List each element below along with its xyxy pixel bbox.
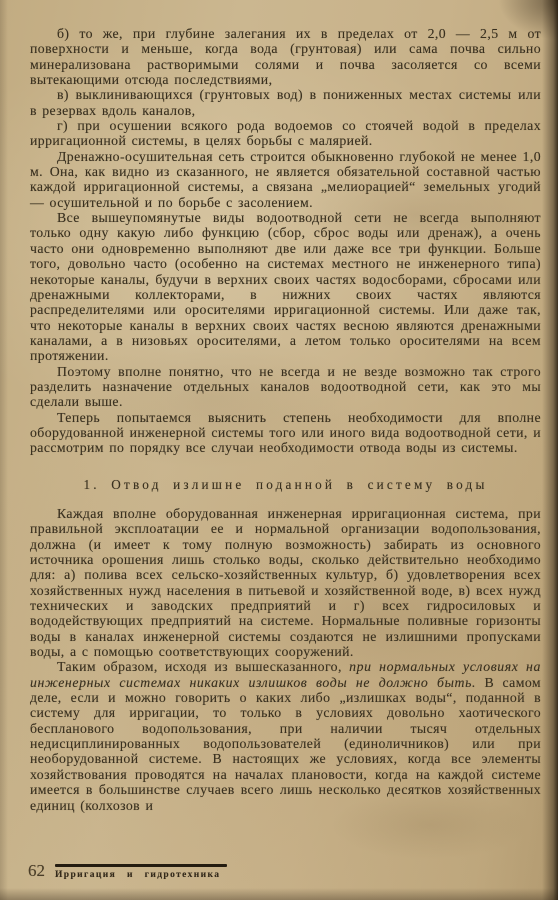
paragraph-drainage: Дренажно-осушительная сеть строится обык… <box>30 149 541 210</box>
scan-edge-bottom <box>0 888 558 900</box>
section-heading: 1. Отвод излишне поданной в систему воды <box>30 477 541 492</box>
paragraph-takim: Таким образом, исходя из вышесказанного,… <box>30 659 541 812</box>
page-footer: 62 Ирригация и гидротехника <box>28 858 227 880</box>
paragraph-teper: Теперь попытаемся выяснить степень необх… <box>30 410 541 456</box>
paragraph-functions: Все вышеупомянутые виды водоотводной сет… <box>30 210 541 363</box>
scan-edge-right <box>542 0 558 900</box>
paragraph-poetomu: Поэтому вполне понятно, что не всегда и … <box>30 364 541 410</box>
signature-block: Ирригация и гидротехника <box>55 858 227 880</box>
page-text-block: б) то же, при глубине залегания их в пре… <box>30 26 541 813</box>
paragraph-item-v: в) выклинивающихся (грунтовых вод) в пон… <box>30 87 541 118</box>
paragraph-kazhdaya: Каждая вполне оборудованная инженерная и… <box>30 506 541 659</box>
scan-edge-left <box>0 0 8 900</box>
scan-edge-corner <box>498 0 558 40</box>
paragraph-item-b: б) то же, при глубине залегания их в пре… <box>30 26 541 87</box>
paragraph-item-g: г) при осушении всякого рода водоемов со… <box>30 118 541 149</box>
takim-rest: В самом деле, если и можно говорить о ка… <box>30 675 541 813</box>
footer-rule <box>55 864 227 867</box>
page-number: 62 <box>28 858 45 879</box>
book-page: б) то же, при глубине залегания их в пре… <box>0 0 558 900</box>
takim-lead: Таким образом, исходя из вышесказанного, <box>57 659 349 674</box>
running-title: Ирригация и гидротехника <box>55 870 227 880</box>
